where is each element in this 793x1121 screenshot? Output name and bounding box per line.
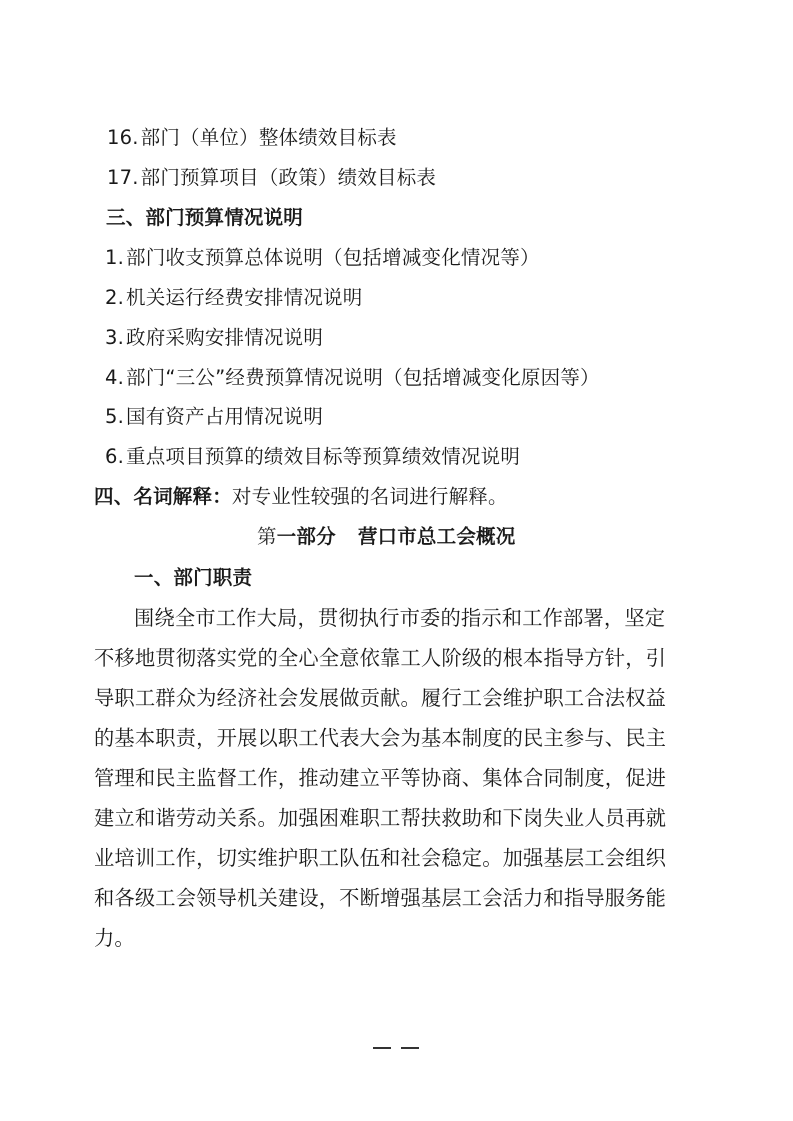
item-number: 4. — [105, 366, 124, 389]
dash-right — [401, 1047, 419, 1049]
section3-item-3: 3.政府采购安排情况说明 — [105, 326, 323, 350]
subheading-department-duties: 一、部门职责 — [134, 566, 252, 590]
item-text: 政府采购安排情况说明 — [126, 326, 323, 349]
paragraph-line: 力。 — [94, 926, 135, 950]
part-title: 第一部分营口市总工会概况 — [257, 525, 515, 549]
item-text: 重点项目预算的绩效目标等预算绩效情况说明 — [126, 445, 520, 468]
item-text: 部门收支预算总体说明（包括增减变化情况等） — [126, 246, 540, 269]
paragraph-line: 不移地贯彻落实党的全心全意依靠工人阶级的根本指导方针，引 — [94, 646, 666, 670]
paragraph-line: 管理和民主监督工作，推动建立平等协商、集体合同制度，促进 — [94, 766, 666, 790]
section-4: 四、名词解释：对专业性较强的名词进行解释。 — [94, 485, 508, 509]
dash-left — [373, 1047, 391, 1049]
item-number: 3. — [105, 326, 124, 349]
paragraph-line: 围绕全市工作大局，贯彻执行市委的指示和工作部署，坚定 — [134, 606, 665, 630]
document-page: 16.部门（单位）整体绩效目标表 17.部门预算项目（政策）绩效目标表 三、部门… — [0, 0, 793, 1121]
section-heading-3: 三、部门预算情况说明 — [106, 206, 303, 230]
paragraph-line: 导职工群众为经济社会发展做贡献。履行工会维护职工合法权益 — [94, 686, 666, 710]
section3-item-2: 2.机关运行经费安排情况说明 — [105, 286, 362, 310]
item-number: 6. — [105, 445, 124, 468]
paragraph-line: 和各级工会领导机关建设，不断增强基层工会活力和指导服务能 — [94, 886, 666, 910]
toc-item-number: 16. — [107, 126, 139, 149]
part-title-prefix: 第 — [257, 525, 277, 548]
toc-item-text: 部门（单位）整体绩效目标表 — [141, 126, 397, 149]
section3-item-4: 4.部门“三公”经费预算情况说明（包括增减变化原因等） — [105, 366, 600, 390]
item-text: 机关运行经费安排情况说明 — [126, 286, 362, 309]
toc-item-text: 部门预算项目（政策）绩效目标表 — [141, 166, 437, 189]
toc-item-number: 17. — [107, 166, 139, 189]
part-title-org: 营口市总工会概况 — [358, 525, 516, 548]
section-heading-4: 四、名词解释： — [94, 485, 232, 508]
section3-item-5: 5.国有资产占用情况说明 — [105, 405, 323, 429]
paragraph-line: 建立和谐劳动关系。加强困难职工帮扶救助和下岗失业人员再就 — [94, 806, 666, 830]
item-number: 1. — [105, 246, 124, 269]
item-number: 5. — [105, 405, 124, 428]
part-title-main: 一部分 — [277, 525, 336, 548]
paragraph-line: 业培训工作，切实维护职工队伍和社会稳定。加强基层工会组织 — [94, 846, 666, 870]
paragraph-line: 的基本职责，开展以职工代表大会为基本制度的民主参与、民主 — [94, 726, 666, 750]
section3-item-6: 6.重点项目预算的绩效目标等预算绩效情况说明 — [105, 445, 520, 469]
item-number: 2. — [105, 286, 124, 309]
page-number-marker — [373, 1047, 419, 1051]
item-text: 部门“三公”经费预算情况说明（包括增减变化原因等） — [126, 366, 600, 389]
item-text: 国有资产占用情况说明 — [126, 405, 323, 428]
toc-item-16: 16.部门（单位）整体绩效目标表 — [107, 126, 397, 150]
section4-text: 对专业性较强的名词进行解释。 — [232, 485, 508, 508]
toc-item-17: 17.部门预算项目（政策）绩效目标表 — [107, 166, 436, 190]
section3-item-1: 1.部门收支预算总体说明（包括增减变化情况等） — [105, 246, 540, 270]
